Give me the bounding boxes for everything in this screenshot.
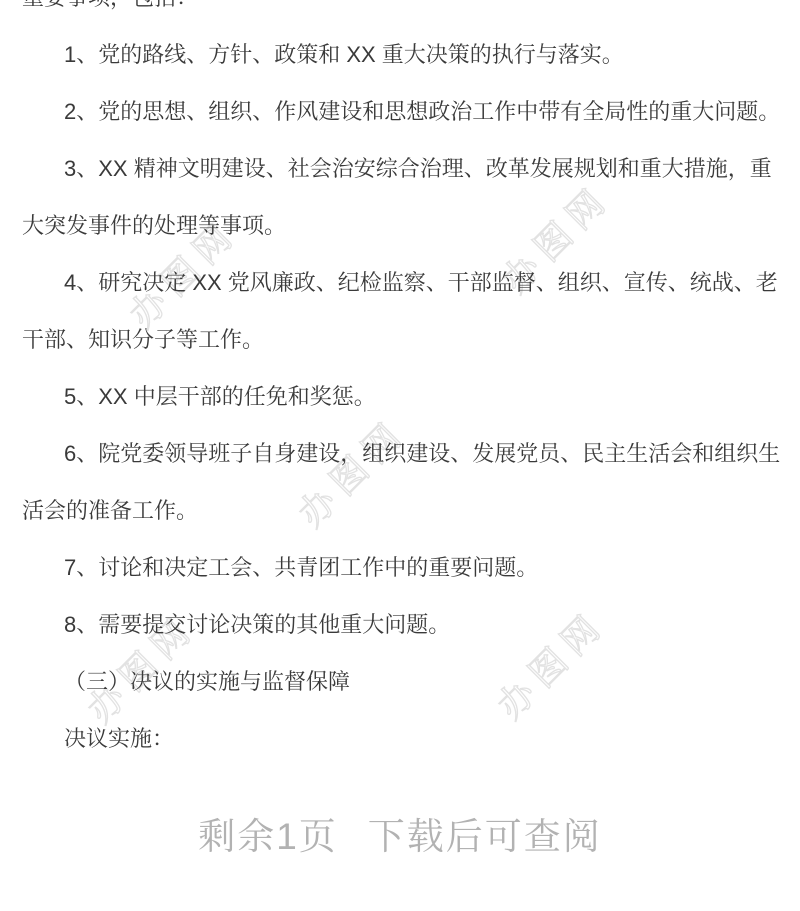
document-text-block: 重要事项，包括： 1、党的路线、方针、政策和 XX 重大决策的执行与落实。 2、… [22,0,778,767]
download-to-view-label: 下载后可查阅 [368,816,602,857]
preview-footer: 剩余1页下载后可查阅 [0,806,800,860]
doc-line: 重要事项，包括： [22,0,778,26]
doc-line: 3、XX 精神文明建设、社会治安综合治理、改革发展规划和重大措施，重 [22,140,778,197]
doc-line: 大突发事件的处理等事项。 [22,197,778,254]
doc-line: 7、讨论和决定工会、共青团工作中的重要问题。 [22,539,778,596]
doc-line: 2、党的思想、组织、作风建设和思想政治工作中带有全局性的重大问题。 [22,83,778,140]
document-page: 办图网 办图网 办图网 办图网 办图网 重要事项，包括： 1、党的路线、方针、政… [0,0,800,911]
doc-line: 1、党的路线、方针、政策和 XX 重大决策的执行与落实。 [22,26,778,83]
doc-line: 决议实施： [22,710,778,767]
doc-line: 干部、知识分子等工作。 [22,311,778,368]
doc-line: 活会的准备工作。 [22,482,778,539]
pages-remaining-label: 剩余1页 [198,816,338,857]
doc-line: 6、院党委领导班子自身建设，组织建设、发展党员、民主生活会和组织生 [22,425,778,482]
doc-line: （三）决议的实施与监督保障 [22,653,778,710]
doc-line: 8、需要提交讨论决策的其他重大问题。 [22,596,778,653]
doc-line: 5、XX 中层干部的任免和奖惩。 [22,368,778,425]
doc-line: 4、研究决定 XX 党风廉政、纪检监察、干部监督、组织、宣传、统战、老 [22,254,778,311]
